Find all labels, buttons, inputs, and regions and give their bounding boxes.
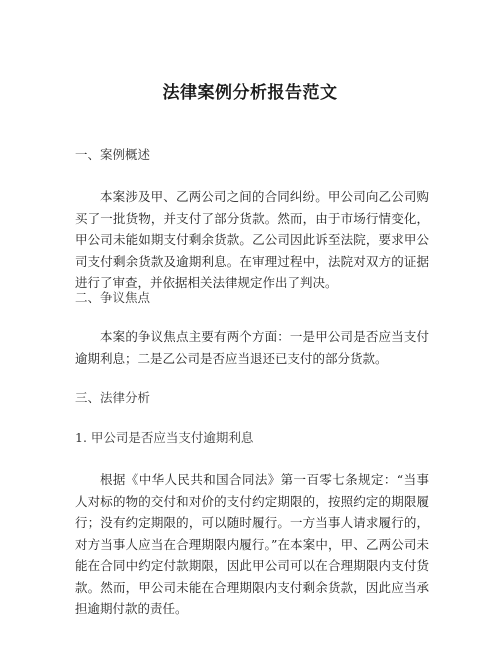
section-paragraph-dispute-focus: 本案的争议焦点主要有两个方面：一是甲公司是否应当支付逾期利息；二是乙公司是否应当… xyxy=(75,326,429,369)
subsection-heading-overdue-interest: 1. 甲公司是否应当支付逾期利息 xyxy=(75,428,253,446)
section-heading-dispute-focus: 二、争议焦点 xyxy=(75,288,150,306)
section-paragraph-case-overview: 本案涉及甲、乙两公司之间的合同纠纷。甲公司向乙公司购买了一批货物，并支付了部分货… xyxy=(75,186,429,294)
section-heading-case-overview: 一、案例概述 xyxy=(75,145,150,163)
document-page: 法律案例分析报告范文 一、案例概述 本案涉及甲、乙两公司之间的合同纠纷。甲公司向… xyxy=(0,0,500,647)
section-heading-legal-analysis: 三、法律分析 xyxy=(75,388,150,406)
document-title: 法律案例分析报告范文 xyxy=(0,78,500,103)
section-paragraph-legal-analysis: 根据《中华人民共和国合同法》第一百零七条规定：“当事人对标的物的交付和对价的支付… xyxy=(75,469,429,620)
